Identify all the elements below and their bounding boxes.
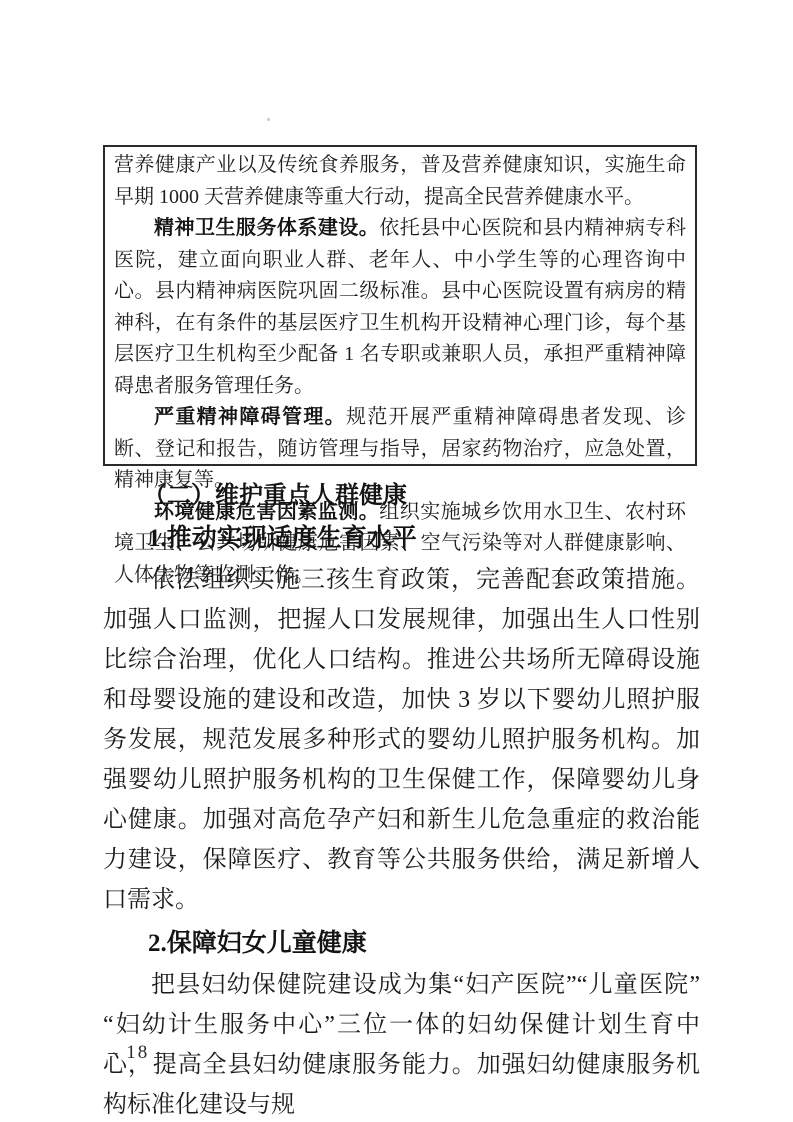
box-paragraph: 精神卫生服务体系建设。依托县中心医院和县内精神病专科医院，建立面向职业人群、老年… [114, 213, 686, 402]
subsection-2-paragraph: 把县妇幼保健院建设成为集“妇产医院”“儿童医院”“妇幼计生服务中心”三位一体的妇… [103, 965, 700, 1122]
subsection-1-heading: 1.推动实现适度生育水平 [148, 518, 700, 560]
box-paragraph-bold-lead: 精神卫生服务体系建设。 [154, 217, 379, 239]
boxed-highlight-section: 营养健康产业以及传统食养服务，普及营养健康知识，实施生命早期 1000 天营养健… [103, 145, 697, 466]
subsection-2-heading: 2.保障妇女儿童健康 [148, 923, 700, 965]
box-paragraph-bold-lead: 严重精神障碍管理。 [154, 406, 346, 428]
document-page: 营养健康产业以及传统食养服务，普及营养健康知识，实施生命早期 1000 天营养健… [0, 0, 793, 1122]
box-paragraph: 营养健康产业以及传统食养服务，普及营养健康知识，实施生命早期 1000 天营养健… [114, 150, 686, 213]
subsection-1-paragraph: 依法组织实施三孩生育政策，完善配套政策措施。加强人口监测，把握人口发展规律，加强… [103, 560, 700, 920]
page-number: – 18 – [108, 1042, 168, 1064]
section-heading: （二）维护重点人群健康 [143, 477, 700, 515]
scan-artifact-dot [267, 118, 270, 121]
document-body: （二）维护重点人群健康 1.推动实现适度生育水平 依法组织实施三孩生育政策，完善… [103, 477, 700, 1122]
